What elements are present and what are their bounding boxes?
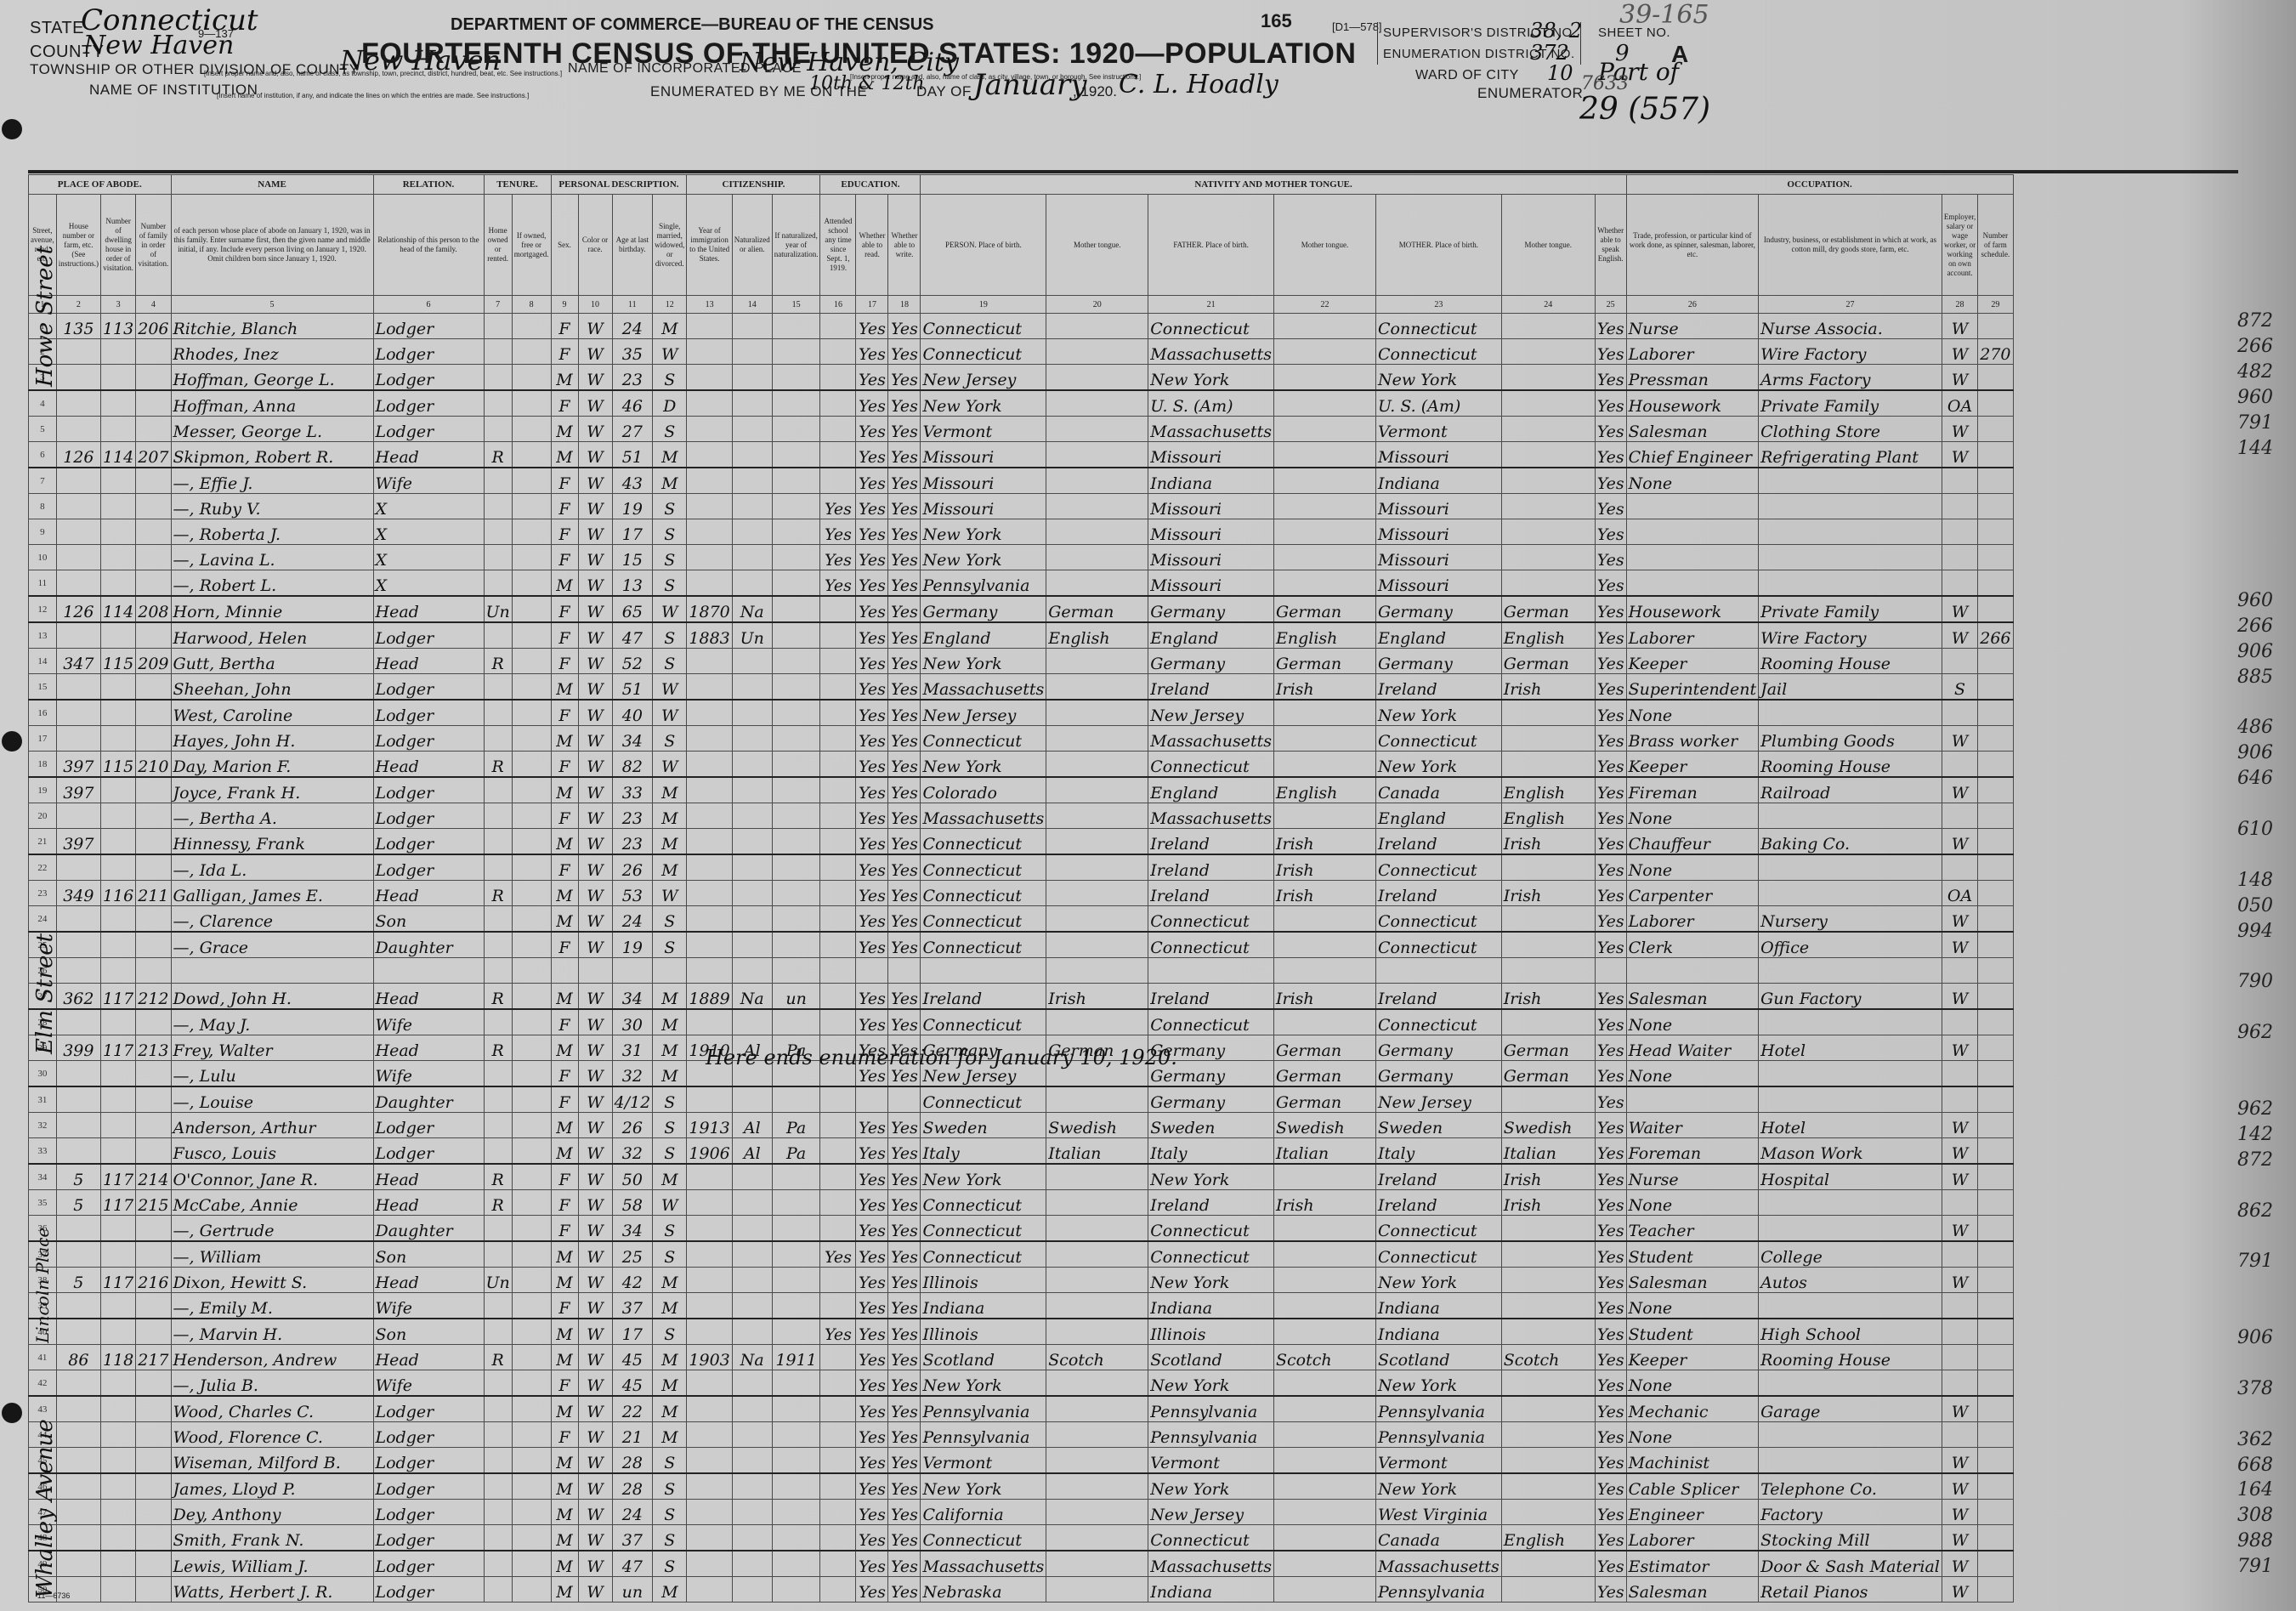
cell-marital: M — [653, 1035, 687, 1061]
cell-dwelling — [100, 1500, 135, 1525]
cell-mpob: New Jersey — [1375, 1086, 1501, 1113]
census-rows: 1135113206Ritchie, BlanchLodgerFW24MYesY… — [29, 314, 2014, 1602]
cell-tongue — [1046, 700, 1148, 726]
cell-age: 82 — [612, 752, 653, 778]
cell-pob: New Jersey — [921, 700, 1046, 726]
line-number: 17 — [29, 726, 57, 752]
cell-fpob: Connecticut — [1148, 314, 1274, 339]
cell-dwelling — [100, 1473, 135, 1500]
cell-fpob: Connecticut — [1148, 1009, 1274, 1035]
cell-read: Yes — [856, 1345, 888, 1370]
cell-family — [136, 674, 171, 701]
cell-name: —, Clarence — [171, 906, 373, 933]
cell-ftongue: German — [1273, 596, 1375, 622]
cell-class — [1942, 1190, 1977, 1216]
cell-school — [820, 468, 856, 494]
cell-name: —, May J. — [171, 1009, 373, 1035]
cell-mpob: England — [1375, 803, 1501, 829]
cell-relation: X — [373, 494, 484, 519]
cell-write: Yes — [888, 1293, 921, 1319]
form-number: 9—137 — [198, 27, 234, 40]
cell-write: Yes — [888, 1268, 921, 1293]
cell-natyr — [772, 1268, 820, 1293]
cell-read: Yes — [856, 1241, 888, 1268]
cell-race: W — [578, 700, 612, 726]
cell-farm — [1978, 726, 2013, 752]
cell-relation: Lodger — [373, 314, 484, 339]
cell-natyr — [772, 365, 820, 391]
column-number: 17 — [856, 296, 888, 314]
cell-age: 46 — [612, 390, 653, 417]
cell-race: W — [578, 1370, 612, 1397]
cell-dwelling — [100, 1138, 135, 1165]
cell-imm — [687, 570, 732, 597]
cell-industry: Retail Pianos — [1759, 1577, 1942, 1602]
cell-read: Yes — [856, 622, 888, 649]
cell-house — [56, 674, 100, 701]
cell-mtongue — [1501, 1293, 1595, 1319]
cell-pob: New York — [921, 1164, 1046, 1190]
cell-nat — [732, 1525, 772, 1551]
table-row: 1135113206Ritchie, BlanchLodgerFW24MYesY… — [29, 314, 2014, 339]
cell-pob: Missouri — [921, 494, 1046, 519]
cell-imm — [687, 829, 732, 855]
cell-marital: W — [653, 752, 687, 778]
cell-name: Dey, Anthony — [171, 1500, 373, 1525]
cell-trade: Carpenter — [1626, 881, 1758, 906]
table-row: 385117216Dixon, Hewitt S.HeadUnMW42MYesY… — [29, 1268, 2014, 1293]
cell-dwelling — [100, 1577, 135, 1602]
cell-natyr — [772, 726, 820, 752]
cell-class — [1942, 519, 1977, 545]
cell-race: W — [578, 1473, 612, 1500]
cell-home — [484, 339, 512, 365]
cell-read: Yes — [856, 1448, 888, 1474]
cell-fpob: Ireland — [1148, 1190, 1274, 1216]
cell-relation: Son — [373, 1319, 484, 1345]
cell-name: Smith, Frank N. — [171, 1525, 373, 1551]
cell-class — [1942, 545, 1977, 570]
cell-ftongue — [1273, 1500, 1375, 1525]
cell-nat — [732, 1422, 772, 1448]
cell-home — [484, 570, 512, 597]
cell-class — [1942, 854, 1977, 881]
cell-mpob: Germany — [1375, 1061, 1501, 1087]
cell-nat — [732, 1086, 772, 1113]
table-row: 9—, Roberta J.XFW17SYesYesYesNew YorkMis… — [29, 519, 2014, 545]
cell-natyr — [772, 417, 820, 442]
cell-class: W — [1942, 365, 1977, 391]
cell-write: Yes — [888, 1138, 921, 1165]
cell-dwelling: 115 — [100, 752, 135, 778]
cell-class: W — [1942, 777, 1977, 803]
cell-race: W — [578, 1190, 612, 1216]
cell-pob: Missouri — [921, 442, 1046, 468]
cell-nat: Un — [732, 622, 772, 649]
cell-marital: S — [653, 417, 687, 442]
cell-sex: M — [551, 365, 578, 391]
cell-farm — [1978, 1086, 2013, 1113]
cell-marital: S — [653, 1500, 687, 1525]
cell-relation: Lodger — [373, 417, 484, 442]
cell-write: Yes — [888, 314, 921, 339]
cell-mtongue — [1501, 1009, 1595, 1035]
cell-industry: High School — [1759, 1319, 1942, 1345]
cell-marital: S — [653, 649, 687, 674]
cell-trade: None — [1626, 803, 1758, 829]
cell-school — [820, 1138, 856, 1165]
cell-fpob — [1148, 958, 1274, 984]
state-label: State — [30, 19, 84, 38]
line-number: 30 — [29, 1061, 57, 1087]
cell-industry — [1759, 1061, 1942, 1087]
day-of-label: day of — [916, 83, 972, 100]
cell-house — [56, 365, 100, 391]
table-row: 4Hoffman, AnnaLodgerFW46DYesYesNew YorkU… — [29, 390, 2014, 417]
line-number: 4 — [29, 390, 57, 417]
cell-house — [56, 1370, 100, 1397]
cell-trade: Machinist — [1626, 1448, 1758, 1474]
cell-fpob: Connecticut — [1148, 906, 1274, 933]
cell-fpob: Connecticut — [1148, 1216, 1274, 1242]
line-number: 11 — [29, 570, 57, 597]
cell-ftongue — [1273, 1216, 1375, 1242]
cell-family — [136, 958, 171, 984]
cell-nat — [732, 649, 772, 674]
cell-dwelling — [100, 803, 135, 829]
enumerated-days: 10th & 12th — [809, 73, 925, 94]
cell-class: W — [1942, 906, 1977, 933]
cell-marital: W — [653, 339, 687, 365]
cell-mtongue — [1501, 1396, 1595, 1422]
cell-farm — [1978, 596, 2013, 622]
cell-farm — [1978, 854, 2013, 881]
cell-race: W — [578, 1525, 612, 1551]
cell-mpob: Connecticut — [1375, 1241, 1501, 1268]
cell-race: W — [578, 417, 612, 442]
cell-school — [820, 906, 856, 933]
col-header-19: PERSON. Place of birth. — [921, 195, 1046, 296]
cell-race: W — [578, 1216, 612, 1242]
cell-age: 52 — [612, 649, 653, 674]
cell-family: 207 — [136, 442, 171, 468]
cell-ftongue: Scotch — [1273, 1345, 1375, 1370]
cell-trade: Fireman — [1626, 777, 1758, 803]
cell-tongue — [1046, 339, 1148, 365]
cell-nat — [732, 752, 772, 778]
cell-write: Yes — [888, 881, 921, 906]
cell-pob: California — [921, 1500, 1046, 1525]
cell-school: Yes — [820, 519, 856, 545]
cell-race: W — [578, 649, 612, 674]
cell-mpob: Canada — [1375, 1525, 1501, 1551]
cell-trade — [1626, 1086, 1758, 1113]
cell-mort — [512, 390, 551, 417]
cell-ftongue: German — [1273, 1035, 1375, 1061]
cell-age: 32 — [612, 1061, 653, 1087]
end-enumeration-note: Here ends enumeration for January 10, 19… — [706, 1046, 1177, 1069]
cell-tongue — [1046, 1216, 1148, 1242]
cell-nat — [732, 1577, 772, 1602]
cell-dwelling — [100, 545, 135, 570]
cell-relation: Daughter — [373, 932, 484, 958]
cell-house: 86 — [56, 1345, 100, 1370]
cell-mpob: Missouri — [1375, 494, 1501, 519]
cell-sex: F — [551, 494, 578, 519]
cell-family: 216 — [136, 1268, 171, 1293]
cell-read: Yes — [856, 881, 888, 906]
cell-class: W — [1942, 1577, 1977, 1602]
col-header-6: Relationship of this person to the head … — [373, 195, 484, 296]
cell-mpob: Ireland — [1375, 1190, 1501, 1216]
cell-name: McCabe, Annie — [171, 1190, 373, 1216]
cell-school — [820, 417, 856, 442]
cell-farm — [1978, 1525, 2013, 1551]
cell-pob: Colorado — [921, 777, 1046, 803]
cell-class — [1942, 494, 1977, 519]
cell-house — [56, 390, 100, 417]
cell-write: Yes — [888, 365, 921, 391]
cell-relation: Lodger — [373, 390, 484, 417]
cell-farm — [1978, 1164, 2013, 1190]
table-row: 39—, Emily M.WifeFW37MYesYesIndianaIndia… — [29, 1293, 2014, 1319]
cell-nat — [732, 829, 772, 855]
cell-imm — [687, 649, 732, 674]
cell-industry: Arms Factory — [1759, 365, 1942, 391]
cell-read: Yes — [856, 596, 888, 622]
cell-imm — [687, 803, 732, 829]
cell-name: Fusco, Louis — [171, 1138, 373, 1165]
cell-farm — [1978, 1448, 2013, 1474]
cell-mpob: Pennsylvania — [1375, 1422, 1501, 1448]
cell-sex: M — [551, 1035, 578, 1061]
cell-family — [136, 854, 171, 881]
cell-pob: New York — [921, 752, 1046, 778]
col-header-7: Home owned or rented. — [484, 195, 512, 296]
col-header-2: House number or farm, etc. (See instruct… — [56, 195, 100, 296]
cell-nat — [732, 777, 772, 803]
column-number: 16 — [820, 296, 856, 314]
cell-farm — [1978, 390, 2013, 417]
cell-read: Yes — [856, 700, 888, 726]
cell-fpob: New York — [1148, 365, 1274, 391]
cell-farm — [1978, 1396, 2013, 1422]
cell-home — [484, 1551, 512, 1577]
cell-sex: F — [551, 545, 578, 570]
cell-class: W — [1942, 596, 1977, 622]
cell-write: Yes — [888, 649, 921, 674]
cell-industry — [1759, 1422, 1942, 1448]
line-number: 14 — [29, 649, 57, 674]
cell-mort — [512, 1370, 551, 1397]
cell-family — [136, 494, 171, 519]
cell-read: Yes — [856, 777, 888, 803]
line-number: 19 — [29, 777, 57, 803]
cell-age: 47 — [612, 1551, 653, 1577]
cell-tongue: Scotch — [1046, 1345, 1148, 1370]
cell-write: Yes — [888, 752, 921, 778]
cell-eng: Yes — [1595, 596, 1626, 622]
cell-ftongue — [1273, 752, 1375, 778]
cell-fpob: Sweden — [1148, 1113, 1274, 1138]
cell-house: 362 — [56, 984, 100, 1010]
cell-race: W — [578, 1551, 612, 1577]
table-row: 46James, Lloyd P.LodgerMW28SYesYesNew Yo… — [29, 1473, 2014, 1500]
cell-marital: M — [653, 803, 687, 829]
cell-dwelling: 118 — [100, 1345, 135, 1370]
cell-name: O'Connor, Jane R. — [171, 1164, 373, 1190]
cell-family — [136, 1061, 171, 1087]
cell-mtongue: Scotch — [1501, 1345, 1595, 1370]
cell-natyr — [772, 1086, 820, 1113]
cell-mtongue: Irish — [1501, 674, 1595, 701]
cell-sex: M — [551, 1138, 578, 1165]
cell-write: Yes — [888, 468, 921, 494]
cell-trade: Cable Splicer — [1626, 1473, 1758, 1500]
cell-tongue — [1046, 881, 1148, 906]
cell-imm — [687, 752, 732, 778]
cell-house — [56, 1293, 100, 1319]
cell-pob: Vermont — [921, 417, 1046, 442]
cell-read: Yes — [856, 1009, 888, 1035]
cell-tongue — [1046, 390, 1148, 417]
cell-fpob: Ireland — [1148, 674, 1274, 701]
cell-mpob: Connecticut — [1375, 932, 1501, 958]
cell-natyr — [772, 777, 820, 803]
cell-name: —, Lulu — [171, 1061, 373, 1087]
cell-relation: Lodger — [373, 1551, 484, 1577]
table-row: 48Smith, Frank N.LodgerMW37SYesYesConnec… — [29, 1525, 2014, 1551]
cell-mort — [512, 1551, 551, 1577]
cell-dwelling — [100, 854, 135, 881]
cell-age: 19 — [612, 494, 653, 519]
cell-trade: Foreman — [1626, 1138, 1758, 1165]
cell-imm: 1913 — [687, 1113, 732, 1138]
cell-eng: Yes — [1595, 829, 1626, 855]
cell-race: W — [578, 881, 612, 906]
cell-pob: New York — [921, 390, 1046, 417]
cell-mtongue — [1501, 726, 1595, 752]
cell-nat — [732, 1164, 772, 1190]
column-number-row: 1234567891011121314151617181920212223242… — [29, 296, 2014, 314]
table-row: 12126114208Horn, MinnieHeadUnFW65W1870Na… — [29, 596, 2014, 622]
cell-write: Yes — [888, 1577, 921, 1602]
cell-age: 35 — [612, 339, 653, 365]
cell-sex: F — [551, 803, 578, 829]
cell-family — [136, 1422, 171, 1448]
cell-write: Yes — [888, 1422, 921, 1448]
cell-trade: None — [1626, 1190, 1758, 1216]
cell-tongue — [1046, 958, 1148, 984]
cell-farm — [1978, 1035, 2013, 1061]
cell-family — [136, 700, 171, 726]
cell-family — [136, 1473, 171, 1500]
cell-farm — [1978, 1319, 2013, 1345]
cell-sex: M — [551, 1345, 578, 1370]
cell-mpob: Germany — [1375, 596, 1501, 622]
cell-mpob: Sweden — [1375, 1113, 1501, 1138]
line-number: 22 — [29, 854, 57, 881]
cell-mpob: New York — [1375, 1268, 1501, 1293]
cell-natyr — [772, 1293, 820, 1319]
cell-house — [56, 570, 100, 597]
cell-mort — [512, 1009, 551, 1035]
cell-tongue — [1046, 468, 1148, 494]
cell-race: W — [578, 1345, 612, 1370]
cell-write: Yes — [888, 700, 921, 726]
cell-industry: Telephone Co. — [1759, 1473, 1942, 1500]
cell-relation: Lodger — [373, 1525, 484, 1551]
cell-tongue — [1046, 829, 1148, 855]
margin-occupation-code: 960 — [2237, 590, 2273, 611]
cell-nat — [732, 314, 772, 339]
cell-trade: Laborer — [1626, 1525, 1758, 1551]
table-row: 11—, Robert L.XMW13SYesYesYesPennsylvani… — [29, 570, 2014, 597]
cell-name: Messer, George L. — [171, 417, 373, 442]
cell-farm — [1978, 932, 2013, 958]
cell-race: W — [578, 442, 612, 468]
cell-dwelling — [100, 468, 135, 494]
cell-mort — [512, 674, 551, 701]
cell-industry: Rooming House — [1759, 649, 1942, 674]
cell-dwelling — [100, 1422, 135, 1448]
line-number: 16 — [29, 700, 57, 726]
cell-trade: Keeper — [1626, 649, 1758, 674]
cell-marital: W — [653, 700, 687, 726]
cell-ftongue — [1273, 1009, 1375, 1035]
cell-mpob: New York — [1375, 1473, 1501, 1500]
cell-nat — [732, 1268, 772, 1293]
cell-ftongue — [1273, 726, 1375, 752]
cell-eng: Yes — [1595, 1370, 1626, 1397]
cell-farm — [1978, 519, 2013, 545]
cell-dwelling — [100, 1241, 135, 1268]
col-header-17: Whether able to read. — [856, 195, 888, 296]
cell-house — [56, 932, 100, 958]
cell-tongue — [1046, 932, 1148, 958]
ward-label: Ward of city — [1415, 68, 1519, 83]
cell-mort — [512, 829, 551, 855]
cell-home — [484, 700, 512, 726]
cell-class: W — [1942, 984, 1977, 1010]
cell-eng: Yes — [1595, 726, 1626, 752]
footer-form-code: 11—6736 — [37, 1591, 70, 1600]
cell-school — [820, 365, 856, 391]
margin-occupation-code: 308 — [2237, 1505, 2273, 1526]
cell-race: W — [578, 1293, 612, 1319]
cell-industry — [1759, 803, 1942, 829]
cell-home — [484, 674, 512, 701]
cell-name: Hinnessy, Frank — [171, 829, 373, 855]
cell-mort — [512, 570, 551, 597]
cell-name: James, Lloyd P. — [171, 1473, 373, 1500]
col-header-24: Mother tongue. — [1501, 195, 1595, 296]
cell-fpob: New Jersey — [1148, 700, 1274, 726]
group-place-of-abode: PLACE OF ABODE. — [29, 175, 172, 195]
column-number: 27 — [1759, 296, 1942, 314]
cell-farm — [1978, 777, 2013, 803]
cell-nat — [732, 417, 772, 442]
cell-industry — [1759, 545, 1942, 570]
cell-family — [136, 777, 171, 803]
cell-ftongue — [1273, 545, 1375, 570]
cell-ftongue — [1273, 468, 1375, 494]
cell-family — [136, 1086, 171, 1113]
cell-family: 209 — [136, 649, 171, 674]
cell-imm — [687, 1319, 732, 1345]
cell-name: Wood, Florence C. — [171, 1422, 373, 1448]
cell-mort — [512, 519, 551, 545]
